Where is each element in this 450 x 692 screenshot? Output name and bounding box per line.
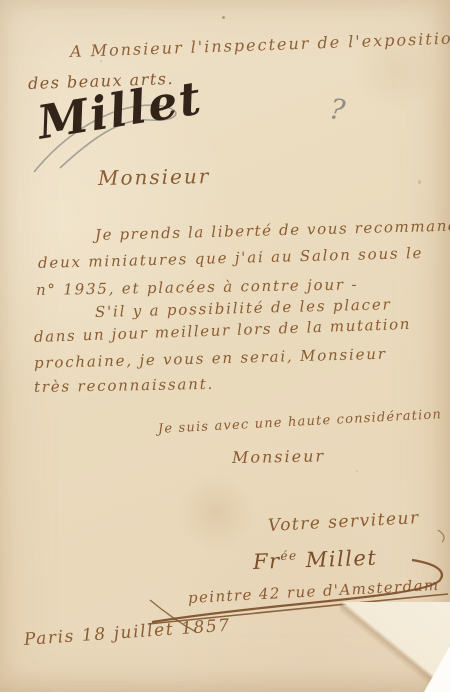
paper-speck (100, 60, 102, 62)
body-line: deux miniatures que j'ai au Salon sous l… (38, 244, 424, 272)
body-line: prochaine, je vous en serai, Monsieur (34, 345, 387, 372)
paper-speck (356, 470, 358, 472)
letter-page: A Monsieur l'inspecteur de l'exposition … (0, 0, 450, 692)
signature: FréeMillet (253, 546, 378, 574)
body-line: Je prends la liberté de vous recommander (95, 216, 450, 244)
closing-line-2: Monsieur (232, 446, 325, 467)
valediction: Votre serviteur (267, 508, 420, 536)
pencil-question-mark: ? (328, 92, 347, 127)
paper-speck (222, 16, 225, 19)
signature-superscript: ée (280, 548, 298, 563)
body-line: dans un jour meilleur lors de la mutatio… (34, 315, 412, 346)
signature-prefix: Fr (253, 549, 281, 574)
salutation: Monsieur (98, 164, 211, 190)
body-line: très reconnaissant. (34, 375, 214, 396)
dateline: Paris 18 juillet 1857 (23, 616, 231, 650)
signature-name: Millet (305, 546, 377, 572)
heading-line-1: A Monsieur l'inspecteur de l'exposition (70, 28, 450, 61)
paper-speck (418, 180, 421, 184)
body-line: n° 1935, et placées à contre jour - (36, 275, 359, 299)
closing-line-1: Je suis avec une haute considération (158, 407, 443, 437)
